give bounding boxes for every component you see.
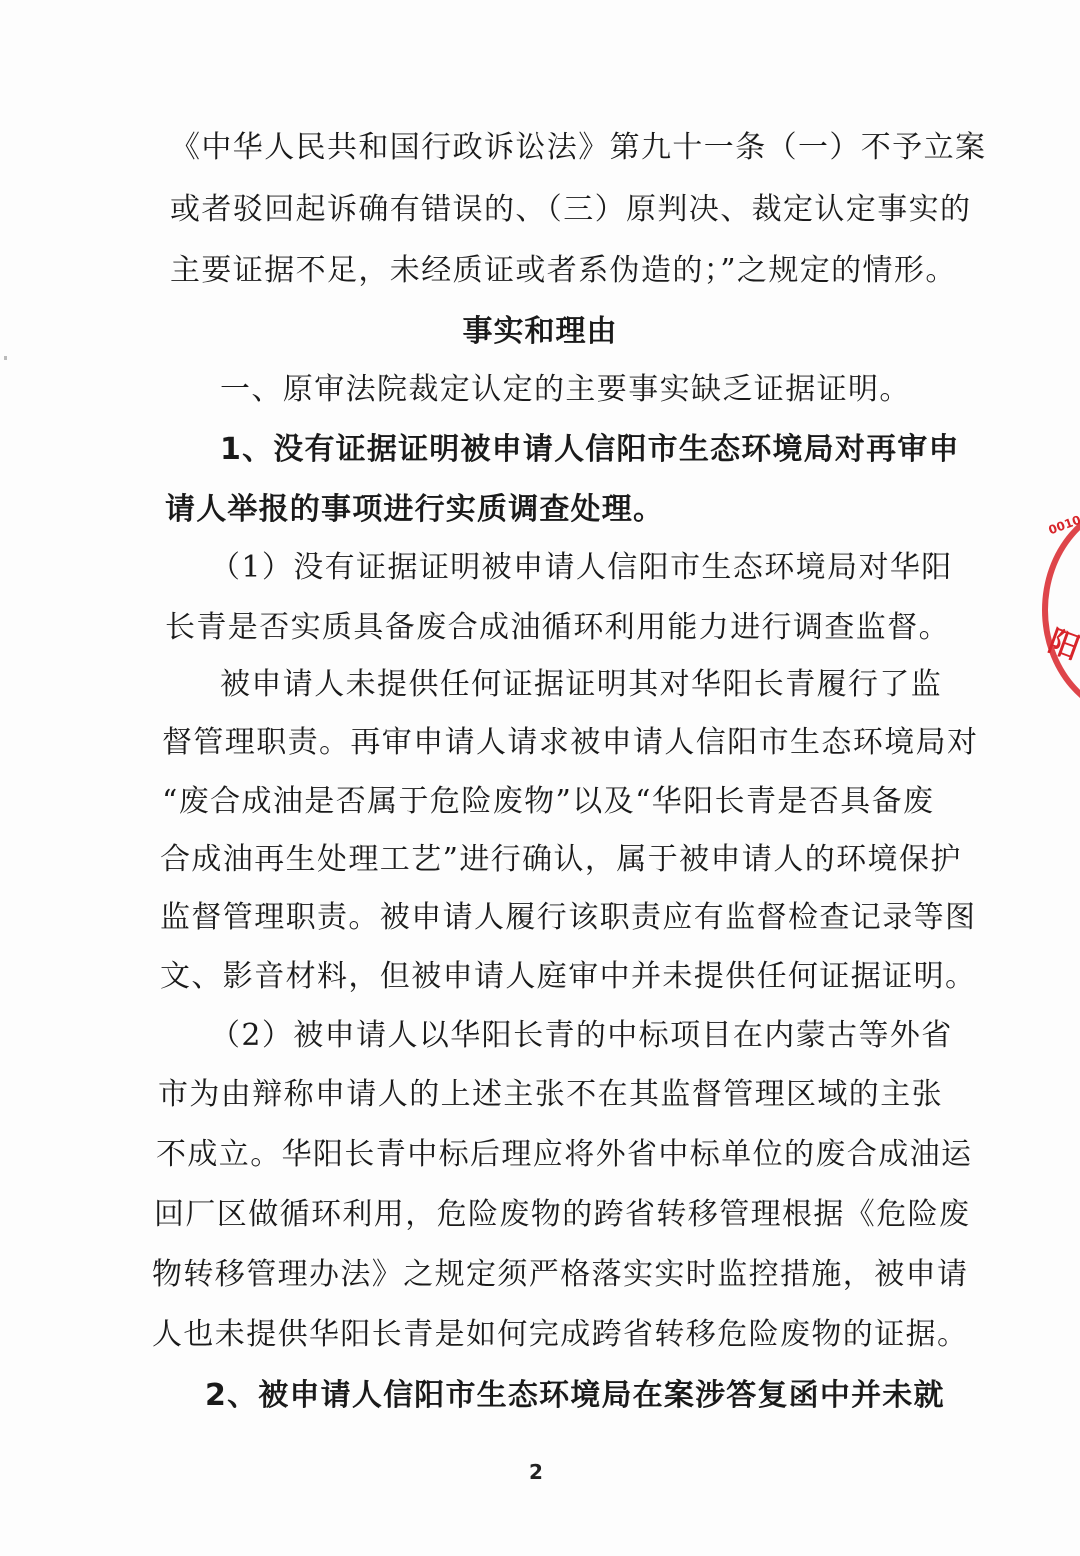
sub-item-heading: （2）被申请人以华阳长青的中标项目在内蒙古等外省 [210, 1016, 953, 1056]
item-heading: 1、没有证据证明被申请人信阳市生态环境局对再审申 [220, 430, 960, 470]
body-line: “废合成油是否属于危险废物”以及“华阳长青是否具备废 [162, 782, 934, 822]
item-heading: 请人举报的事项进行实质调查处理。 [165, 490, 664, 530]
body-line: 被申请人未提供任何证据证明其对华阳长青履行了监 [220, 665, 942, 705]
body-line: 回厂区做循环利用，危险废物的跨省转移管理根据《危险废 [154, 1195, 970, 1235]
body-line: 合成油再生处理工艺”进行确认，属于被申请人的环境保护 [160, 840, 962, 880]
body-line: 主要证据不足，未经质证或者系伪造的；”之规定的情形。 [170, 251, 957, 291]
body-line: 文、影音材料，但被申请人庭审中并未提供任何证据证明。 [160, 957, 976, 997]
sub-item-heading: 长青是否实质具备废合成油循环利用能力进行调查监督。 [165, 608, 950, 648]
body-line: 监督管理职责。被申请人履行该职责应有监督检查记录等图 [160, 898, 976, 938]
sub-item-heading: （1）没有证据证明被申请人信阳市生态环境局对华阳 [210, 548, 953, 588]
section-heading: 事实和理由 [0, 312, 1080, 352]
body-line: 市为由辩称申请人的上述主张不在其监督管理区域的主张 [158, 1075, 943, 1115]
scan-speck [4, 356, 7, 360]
page-number: 2 [0, 1460, 1072, 1484]
body-line: 督管理职责。再审申请人请求被申请人信阳市生态环境局对 [162, 723, 978, 763]
item-heading: 2、被申请人信阳市生态环境局在案涉答复函中并未就 [205, 1376, 945, 1416]
body-line: 人也未提供华阳长青是如何完成跨省转移危险废物的证据。 [152, 1315, 968, 1355]
body-line: 《中华人民共和国行政诉讼法》第九十一条（一）不予立案 [170, 128, 986, 168]
body-line: 物转移管理办法》之规定须严格落实实时监控措施，被申请 [152, 1255, 968, 1295]
point-heading: 一、原审法院裁定认定的主要事实缺乏证据证明。 [220, 370, 911, 410]
document-page: 《中华人民共和国行政诉讼法》第九十一条（一）不予立案 或者驳回起诉确有错误的、（… [0, 0, 1080, 1556]
body-line: 不成立。华阳长青中标后理应将外省中标单位的废合成油运 [156, 1135, 972, 1175]
body-line: 或者驳回起诉确有错误的、（三）原判决、裁定认定事实的 [170, 190, 971, 230]
